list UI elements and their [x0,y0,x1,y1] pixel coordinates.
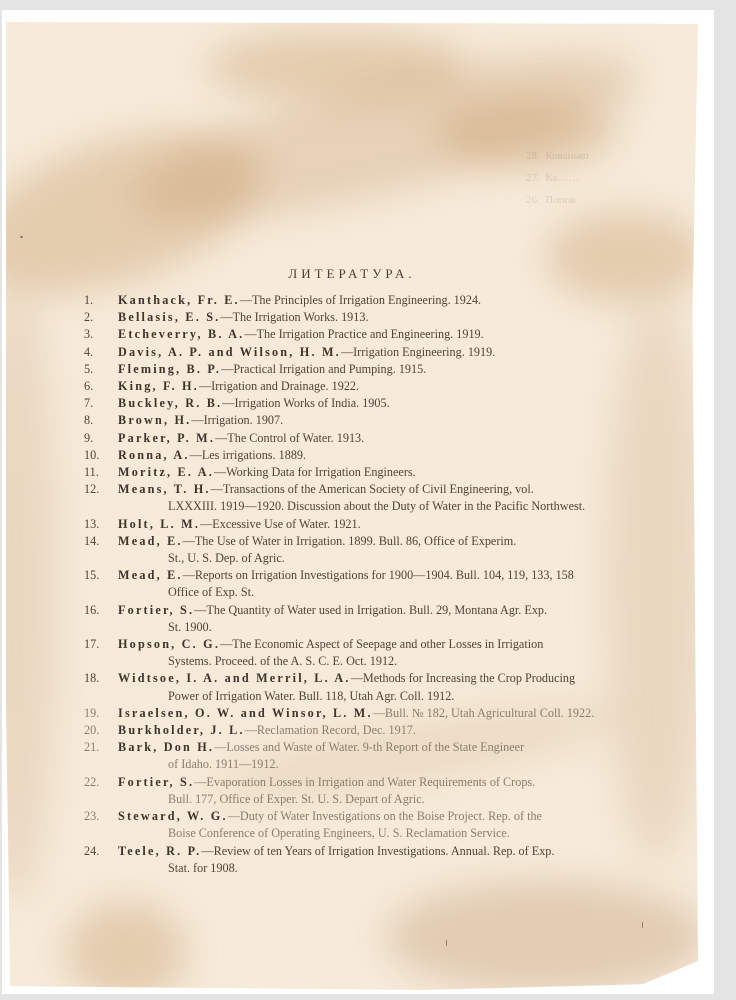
reference-number: 7. [84,395,104,412]
reference-author: Holt, L. M. [118,517,200,531]
reference-continuation: LXXXIII. 1919—1920. Discussion about the… [118,498,604,515]
reference-text: —The Economic Aspect of Seepage and othe… [220,637,543,651]
reference-text: —Irrigation Works of India. 1905. [222,396,389,410]
bleed-through-text: 27. Ка…… [526,172,579,184]
reference-number: 16. [84,602,104,619]
reference-number: 14. [84,533,104,550]
reference-text: —The Control of Water. 1913. [215,431,364,445]
reference-item: 23.Steward, W. G.—Duty of Water Investig… [84,808,604,842]
reference-number: 20. [84,722,104,739]
reference-list: 1.Kanthack, Fr. E.—The Principles of Irr… [84,292,604,877]
reference-number: 12. [84,481,104,498]
reference-number: 18. [84,670,104,687]
reference-continuation: Bull. 177, Office of Exper. St. U. S. De… [118,791,604,808]
reference-item: 1.Kanthack, Fr. E.—The Principles of Irr… [84,292,604,309]
reference-author: Widtsoe, I. A. and Merril, L. A. [118,671,351,685]
reference-author: Israelsen, O. W. and Winsor, L. M. [118,706,373,720]
reference-text: —The Irrigation Works. 1913. [220,310,368,324]
reference-item: 2.Bellasis, E. S.—The Irrigation Works. … [84,309,604,326]
reference-text: —Reclamation Record, Dec. 1917. [245,723,416,737]
reference-author: Parker, P. M. [118,431,215,445]
reference-text: —Review of ten Years of Irrigation Inves… [201,844,554,858]
reference-item: 14.Mead, E.—The Use of Water in Irrigati… [84,533,604,567]
reference-item: 9.Parker, P. M.—The Control of Water. 19… [84,430,604,447]
stain [6,282,56,902]
reference-text: —Methods for Increasing the Crop Produci… [351,671,575,685]
reference-text: —Excessive Use of Water. 1921. [200,517,361,531]
reference-author: Steward, W. G. [118,809,228,823]
reference-item: 19.Israelsen, O. W. and Winsor, L. M.—Bu… [84,705,604,722]
reference-number: 22. [84,774,104,791]
reference-text: —Irrigation Engineering. 1919. [341,345,495,359]
reference-item: 5.Fleming, B. P.—Practical Irrigation an… [84,361,604,378]
reference-number: 2. [84,309,104,326]
reference-item: 18.Widtsoe, I. A. and Merril, L. A.—Meth… [84,670,604,704]
reference-item: 11.Moritz, E. A.—Working Data for Irriga… [84,464,604,481]
reference-text: —Reports on Irrigation Investigations fo… [183,568,574,582]
reference-author: Moritz, E. A. [118,465,214,479]
reference-author: Fortier, S. [118,775,194,789]
reference-author: Fleming, B. P. [118,362,221,376]
reference-continuation: Stat. for 1908. [118,860,604,877]
bleed-through-text: 26. Попов [526,194,575,206]
reference-number: 11. [84,464,104,481]
reference-number: 5. [84,361,104,378]
reference-author: Davis, A. P. and Wilson, H. M. [118,345,341,359]
reference-item: 4.Davis, A. P. and Wilson, H. M.—Irrigat… [84,344,604,361]
speck [20,236,23,238]
speck [446,940,447,946]
reference-continuation: St., U. S. Dep. of Agric. [118,550,604,567]
reference-number: 15. [84,567,104,584]
reference-item: 17.Hopson, C. G.—The Economic Aspect of … [84,636,604,670]
reference-text: —Les irrigations. 1889. [190,448,306,462]
reference-text: —Irrigation and Drainage. 1922. [199,379,359,393]
reference-author: Etcheverry, B. A. [118,327,244,341]
reference-number: 6. [84,378,104,395]
reference-item: 21.Bark, Don H.—Losses and Waste of Wate… [84,739,604,773]
reference-item: 10.Ronna, A.—Les irrigations. 1889. [84,447,604,464]
reference-author: Mead, E. [118,568,183,582]
reference-text: —Irrigation. 1907. [191,413,283,427]
bleed-through-text: 28. Кованько [526,150,589,162]
reference-continuation: Systems. Proceed. of the A. S. C. E. Oct… [118,653,604,670]
reference-item: 16.Fortier, S.—The Quantity of Water use… [84,602,604,636]
reference-number: 10. [84,447,104,464]
reference-author: Fortier, S. [118,603,194,617]
reference-continuation: St. 1900. [118,619,604,636]
reference-author: Hopson, C. G. [118,637,220,651]
reference-number: 23. [84,808,104,825]
reference-text: —The Principles of Irrigation Engineerin… [240,293,481,307]
reference-item: 12.Means, T. H.—Transactions of the Amer… [84,481,604,515]
reference-item: 6.King, F. H.—Irrigation and Drainage. 1… [84,378,604,395]
reference-continuation: of Idaho. 1911—1912. [118,756,604,773]
reference-number: 17. [84,636,104,653]
reference-author: Means, T. H. [118,482,211,496]
reference-number: 9. [84,430,104,447]
reference-text: —Evaporation Losses in Irrigation and Wa… [194,775,535,789]
reference-author: Mead, E. [118,534,183,548]
reference-item: 22.Fortier, S.—Evaporation Losses in Irr… [84,774,604,808]
reference-item: 8.Brown, H.—Irrigation. 1907. [84,412,604,429]
scanned-page: 28. Кованько 27. Ка…… 26. Попов ЛИТЕРАТУ… [6,22,698,990]
reference-item: 24.Teele, R. P.—Review of ten Years of I… [84,843,604,877]
reference-text: —Duty of Water Investigations on the Boi… [228,809,542,823]
reference-number: 19. [84,705,104,722]
reference-number: 21. [84,739,104,756]
reference-text: —Transactions of the American Society of… [211,482,534,496]
reference-item: 20.Burkholder, J. L.—Reclamation Record,… [84,722,604,739]
reference-author: Brown, H. [118,413,191,427]
speck [642,922,643,928]
reference-author: Ronna, A. [118,448,190,462]
stain [606,302,698,862]
reference-continuation: Boise Conference of Operating Engineers,… [118,825,604,842]
reference-text: —The Use of Water in Irrigation. 1899. B… [183,534,517,548]
reference-author: King, F. H. [118,379,199,393]
stain [546,212,698,302]
reference-author: Bark, Don H. [118,740,214,754]
reference-text: —The Irrigation Practice and Engineering… [244,327,483,341]
reference-author: Buckley, R. B. [118,396,222,410]
reference-item: 13.Holt, L. M.—Excessive Use of Water. 1… [84,516,604,533]
reference-text: —Losses and Waste of Water. 9-th Report … [214,740,524,754]
reference-author: Teele, R. P. [118,844,201,858]
stain [386,882,698,990]
reference-continuation: Power of Irrigation Water. Bull. 118, Ut… [118,688,604,705]
reference-text: —Practical Irrigation and Pumping. 1915. [221,362,426,376]
reference-text: —The Quantity of Water used in Irrigatio… [194,603,547,617]
section-heading: ЛИТЕРАТУРА. [6,266,698,282]
reference-item: 15.Mead, E.—Reports on Irrigation Invest… [84,567,604,601]
reference-number: 24. [84,843,104,860]
stain [66,902,186,990]
reference-text: —Working Data for Irrigation Engineers. [214,465,416,479]
reference-number: 3. [84,326,104,343]
reference-author: Kanthack, Fr. E. [118,293,240,307]
reference-number: 4. [84,344,104,361]
reference-author: Bellasis, E. S. [118,310,220,324]
reference-number: 13. [84,516,104,533]
reference-item: 3.Etcheverry, B. A.—The Irrigation Pract… [84,326,604,343]
reference-author: Burkholder, J. L. [118,723,245,737]
reference-number: 1. [84,292,104,309]
reference-text: —Bull. № 182, Utah Agricultural Coll. 19… [373,706,595,720]
reference-continuation: Office of Exp. St. [118,584,604,601]
reference-number: 8. [84,412,104,429]
reference-item: 7.Buckley, R. B.—Irrigation Works of Ind… [84,395,604,412]
